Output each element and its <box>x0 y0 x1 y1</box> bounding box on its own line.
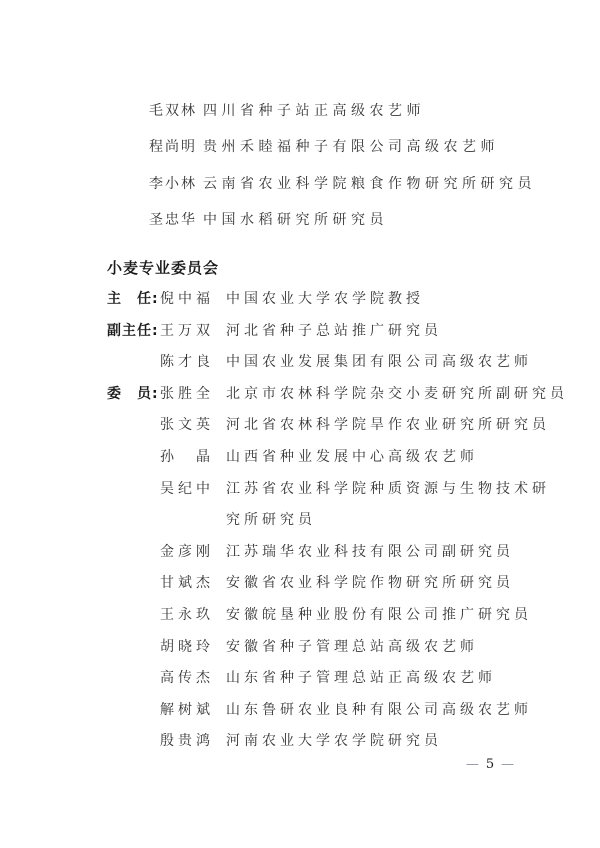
committee-member-row: 主 任: 倪中福 中国农业大学农学院教授 <box>0 284 600 316</box>
member-name: 金彦刚 <box>160 537 214 569</box>
member-affiliation: 河北省农林科学院旱作农业研究所研究员 <box>226 410 550 442</box>
role-label: 副主任: <box>107 316 159 348</box>
committee-member-row: 王永玖 安徽皖垦种业股份有限公司推广研究员 <box>0 600 600 632</box>
committee-member-row: 高传杰 山东省种子管理总站正高级农艺师 <box>0 663 600 695</box>
role-label: 委 员: <box>107 379 159 411</box>
member-name: 吴纪中 <box>160 474 214 506</box>
member-affiliation: 河南农业大学农学院研究员 <box>226 726 442 758</box>
page-number-dash-right: — <box>501 755 514 775</box>
member-name: 毛双林 <box>149 93 197 129</box>
page-number-dash-left: — <box>466 755 479 775</box>
committee-member-row: 吴纪中 江苏省农业科学院种质资源与生物技术研 究所研究员 <box>0 474 600 537</box>
member-affiliation: 四川省种子站正高级农艺师 <box>203 93 425 129</box>
member-name: 王永玖 <box>160 600 214 632</box>
member-name: 张胜全 <box>160 379 214 411</box>
committee-member-row: 殷贵鸿 河南农业大学农学院研究员 <box>0 726 600 758</box>
committee-member-row: 金彦刚 江苏瑞华农业科技有限公司副研究员 <box>0 537 600 569</box>
committee-member-row: 孙 晶 山西省种业发展中心高级农艺师 <box>0 442 600 474</box>
member-name: 王万双 <box>160 316 214 348</box>
member-name: 张文英 <box>160 410 214 442</box>
member-name: 倪中福 <box>160 284 214 316</box>
member-affiliation: 安徽省种子管理总站高级农艺师 <box>226 632 478 664</box>
member-affiliation: 江苏省农业科学院种质资源与生物技术研 <box>226 474 550 506</box>
member-name: 殷贵鸿 <box>160 726 214 758</box>
committee-member-row: 委 员: 张胜全 北京市农林科学院杂交小麦研究所副研究员 <box>0 379 600 411</box>
member-affiliation: 中国农业大学农学院教授 <box>226 284 424 316</box>
page-number: — 5 — <box>452 755 528 775</box>
member-affiliation: 山东省种子管理总站正高级农艺师 <box>226 663 496 695</box>
member-affiliation: 云南省农业科学院粮食作物研究所研究员 <box>203 166 536 202</box>
page-number-value: 5 <box>486 755 494 775</box>
member-row: 程尚明 贵州禾睦福种子有限公司高级农艺师 <box>0 129 600 165</box>
document-page: 毛双林 四川省种子站正高级农艺师 程尚明 贵州禾睦福种子有限公司高级农艺师 李小… <box>0 0 600 848</box>
member-affiliation: 河北省种子总站推广研究员 <box>226 316 442 348</box>
committee-member-row: 张文英 河北省农林科学院旱作农业研究所研究员 <box>0 410 600 442</box>
committee-member-row: 陈才良 中国农业发展集团有限公司高级农艺师 <box>0 347 600 379</box>
committee-member-row: 副主任: 王万双 河北省种子总站推广研究员 <box>0 316 600 348</box>
member-name: 陈才良 <box>160 347 214 379</box>
member-row: 圣忠华 中国水稻研究所研究员 <box>0 202 600 238</box>
committee-member-row: 胡晓玲 安徽省种子管理总站高级农艺师 <box>0 632 600 664</box>
committee-member-row: 甘斌杰 安徽省农业科学院作物研究所研究员 <box>0 568 600 600</box>
member-affiliation: 中国水稻研究所研究员 <box>203 202 388 238</box>
member-affiliation: 江苏瑞华农业科技有限公司副研究员 <box>226 537 514 569</box>
member-name: 甘斌杰 <box>160 568 214 600</box>
top-member-list: 毛双林 四川省种子站正高级农艺师 程尚明 贵州禾睦福种子有限公司高级农艺师 李小… <box>0 93 600 239</box>
member-name: 李小林 <box>149 166 197 202</box>
member-affiliation: 山西省种业发展中心高级农艺师 <box>226 442 478 474</box>
section-title-wheat-committee: 小麦专业委员会 <box>107 257 219 278</box>
role-label: 主 任: <box>107 284 159 316</box>
member-affiliation: 北京市农林科学院杂交小麦研究所副研究员 <box>226 379 568 411</box>
member-row: 李小林 云南省农业科学院粮食作物研究所研究员 <box>0 166 600 202</box>
member-name: 孙 晶 <box>160 442 214 474</box>
member-affiliation: 贵州禾睦福种子有限公司高级农艺师 <box>203 129 499 165</box>
member-name: 高传杰 <box>160 663 214 695</box>
member-affiliation: 安徽皖垦种业股份有限公司推广研究员 <box>226 600 532 632</box>
member-name: 圣忠华 <box>149 202 197 238</box>
member-affiliation: 中国农业发展集团有限公司高级农艺师 <box>226 347 532 379</box>
committee-member-list: 主 任: 倪中福 中国农业大学农学院教授 副主任: 王万双 河北省种子总站推广研… <box>0 284 600 758</box>
member-row: 毛双林 四川省种子站正高级农艺师 <box>0 93 600 129</box>
member-name: 程尚明 <box>149 129 197 165</box>
member-name: 胡晓玲 <box>160 632 214 664</box>
member-affiliation: 山东鲁研农业良种有限公司高级农艺师 <box>226 695 532 727</box>
member-name: 解树斌 <box>160 695 214 727</box>
committee-member-row: 解树斌 山东鲁研农业良种有限公司高级农艺师 <box>0 695 600 727</box>
member-affiliation: 安徽省农业科学院作物研究所研究员 <box>226 568 514 600</box>
member-affiliation-continued: 究所研究员 <box>226 505 316 537</box>
